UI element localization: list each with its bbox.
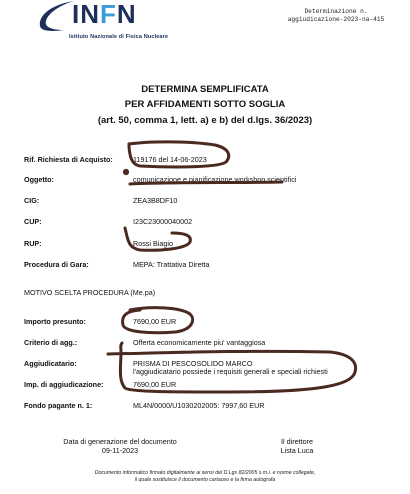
field-label: CUP:	[24, 217, 42, 226]
motivo-scelta: MOTIVO SCELTA PROCEDURA (Me.pa)	[24, 288, 155, 297]
field-value: ML4N/0000/U1030202005: 7997,60 EUR	[133, 401, 264, 410]
pen-annotations	[0, 0, 410, 494]
field-value: 7690,00 EUR	[133, 317, 176, 326]
director-block: Il direttore Lista Luca	[262, 438, 332, 455]
field-value: ZEA3B8DF10	[133, 196, 177, 205]
determination-number: Determinazione n. aggiudicazione-2023-na…	[262, 8, 410, 24]
pen-dot	[124, 170, 127, 173]
field-label: Procedura di Gara:	[24, 260, 89, 269]
field-value: 119176 del 14-06-2023	[133, 155, 207, 164]
digital-signature-note: Documento informatico firmato digitalmen…	[0, 470, 410, 483]
field-label: Aggiudicatario:	[24, 359, 77, 368]
field-label: CIG:	[24, 196, 39, 205]
doc-title-line1: DETERMINA SEMPLIFICATA	[0, 84, 410, 95]
field-value: Offerta economicamente piu' vantaggiosa	[133, 338, 265, 347]
generation-date-value: 09-11-2023	[40, 447, 200, 456]
director-name: Lista Luca	[262, 447, 332, 456]
field-label: Imp. di aggiudicazione:	[24, 380, 103, 389]
infn-logo: INFN Istituto Nazionale di Fisica Nuclea…	[34, 0, 144, 44]
field-label: Rif. Richiesta di Acquisto:	[24, 155, 113, 164]
doc-title-line3: (art. 50, comma 1, lett. a) e b) del d.l…	[0, 115, 410, 126]
logo-subtitle: Istituto Nazionale di Fisica Nucleare	[69, 34, 168, 40]
note-line2: il quale sostituisce il documento cartac…	[0, 477, 410, 484]
field-value: I23C23000040002	[133, 217, 192, 226]
field-label: RUP:	[24, 239, 42, 248]
field-label: Fondo pagante n. 1:	[24, 401, 92, 410]
field-value: Rossi Biagio	[133, 239, 173, 248]
field-label: Oggetto:	[24, 175, 54, 184]
field-label: Criterio di agg.:	[24, 338, 77, 347]
determination-value: aggiudicazione-2023-na-415	[262, 16, 410, 24]
generation-date-block: Data di generazione del documento 09-11-…	[40, 438, 200, 455]
field-value: MEPA: Trattativa Diretta	[133, 260, 210, 269]
logo-wordmark: INFN	[72, 0, 137, 28]
determination-label: Determinazione n.	[262, 8, 410, 16]
field-label: Importo presunto:	[24, 317, 86, 326]
field-value: 7690,00 EUR	[133, 380, 176, 389]
field-value-note: l'aggiudicatario possiede i requisiti ge…	[133, 367, 328, 376]
doc-title-line2: PER AFFIDAMENTI SOTTO SOGLIA	[0, 99, 410, 110]
field-value: comunicazione e pianificazione workshop …	[133, 175, 296, 184]
